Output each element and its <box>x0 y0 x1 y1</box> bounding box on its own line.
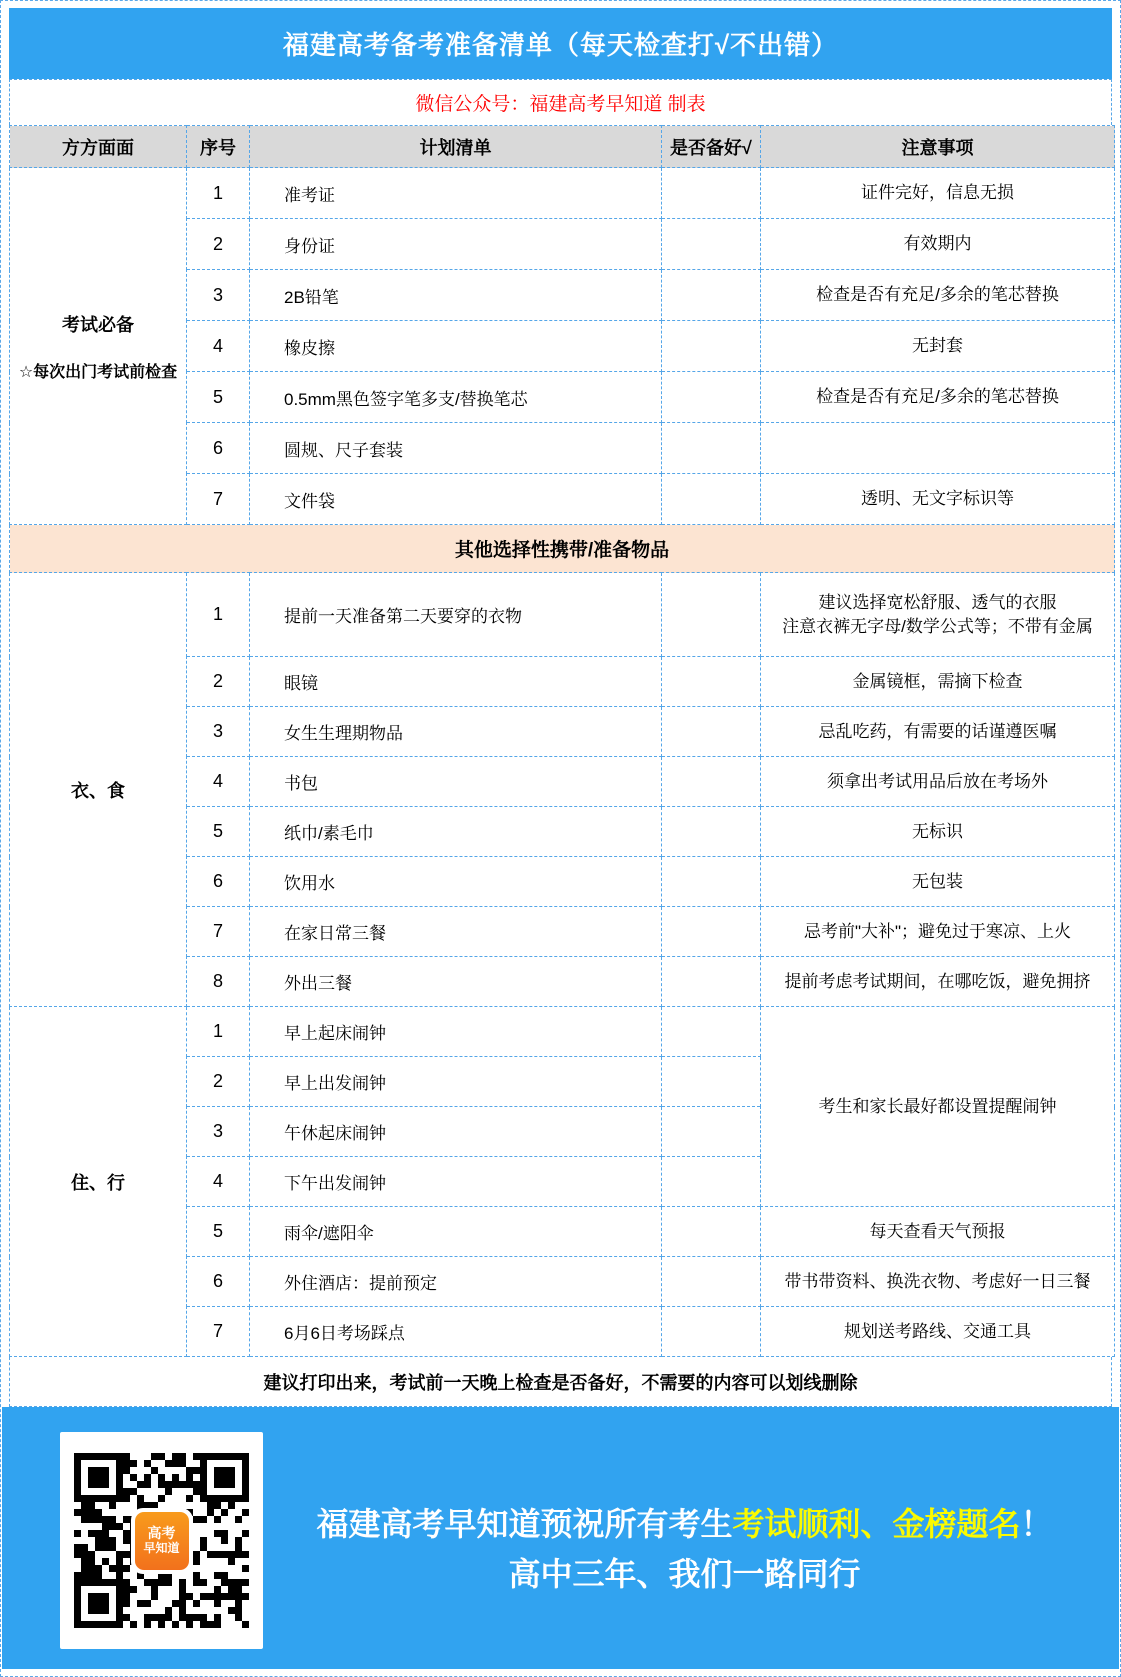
check-cell <box>662 372 761 423</box>
table-row: 衣、食1提前一天准备第二天要穿的衣物建议选择宽松舒服、透气的衣服注意衣裤无字母/… <box>10 573 1115 657</box>
check-cell <box>662 321 761 372</box>
item-cell: 女生生理期物品 <box>250 707 662 757</box>
row-number-cell: 3 <box>187 270 250 321</box>
row-number-cell: 4 <box>187 757 250 807</box>
divider-label: 其他选择性携带/准备物品 <box>10 525 1115 573</box>
check-cell <box>662 219 761 270</box>
row-number-cell: 1 <box>187 573 250 657</box>
check-cell <box>662 1307 761 1357</box>
note-cell <box>761 423 1115 474</box>
wish-highlight: 考试顺利、金榜题名 <box>732 1506 1020 1542</box>
wish-line-1: 福建高考早知道预祝所有考生考试顺利、金榜题名！ <box>274 1504 1095 1544</box>
note-cell: 带书带资料、换洗衣物、考虑好一日三餐 <box>761 1257 1115 1307</box>
row-number-cell: 5 <box>187 1207 250 1257</box>
note-cell: 检查是否有充足/多余的笔芯替换 <box>761 270 1115 321</box>
page-title: 福建高考备考准备清单（每天检查打√不出错） <box>283 25 838 62</box>
checklist-page: 福建高考备考准备清单（每天检查打√不出错） 微信公众号：福建高考早知道 制表 方… <box>0 0 1121 1677</box>
wechat-credit-text: 微信公众号：福建高考早知道 制表 <box>415 89 705 116</box>
col-header-plan: 计划清单 <box>250 126 662 168</box>
section-label-cell: 住、行 <box>10 1007 187 1357</box>
item-cell: 提前一天准备第二天要穿的衣物 <box>250 573 662 657</box>
note-cell: 须拿出考试用品后放在考场外 <box>761 757 1115 807</box>
item-cell: 纸巾/素毛巾 <box>250 807 662 857</box>
footer-banner: 高考 早知道 福建高考早知道预祝所有考生考试顺利、金榜题名！ 高中三年、我们一路… <box>2 1407 1119 1669</box>
col-header-ready: 是否备好√ <box>662 126 761 168</box>
row-number-cell: 2 <box>187 1057 250 1107</box>
note-cell: 证件完好，信息无损 <box>761 168 1115 219</box>
item-cell: 外出三餐 <box>250 957 662 1007</box>
row-number-cell: 6 <box>187 857 250 907</box>
row-number-cell: 2 <box>187 219 250 270</box>
item-cell: 眼镜 <box>250 657 662 707</box>
row-number-cell: 3 <box>187 1107 250 1157</box>
check-cell <box>662 423 761 474</box>
note-cell: 规划送考路线、交通工具 <box>761 1307 1115 1357</box>
note-cell: 忌乱吃药，有需要的话谨遵医嘱 <box>761 707 1115 757</box>
row-number-cell: 4 <box>187 321 250 372</box>
item-cell: 早上出发闹钟 <box>250 1057 662 1107</box>
item-cell: 书包 <box>250 757 662 807</box>
divider-row: 其他选择性携带/准备物品 <box>10 525 1115 573</box>
check-cell <box>662 657 761 707</box>
item-cell: 下午出发闹钟 <box>250 1157 662 1207</box>
section-label-cell: 考试必备☆每次出门考试前检查 <box>10 168 187 525</box>
note-cell: 每天查看天气预报 <box>761 1207 1115 1257</box>
item-cell: 0.5mm黑色签字笔多支/替换笔芯 <box>250 372 662 423</box>
item-cell: 在家日常三餐 <box>250 907 662 957</box>
section-label-line: 住、行 <box>11 1169 185 1195</box>
table-row: 考试必备☆每次出门考试前检查1准考证证件完好，信息无损 <box>10 168 1115 219</box>
row-number-cell: 1 <box>187 168 250 219</box>
item-cell: 早上起床闹钟 <box>250 1007 662 1057</box>
row-number-cell: 4 <box>187 1157 250 1207</box>
row-number-cell: 2 <box>187 657 250 707</box>
item-cell: 文件袋 <box>250 474 662 525</box>
row-number-cell: 8 <box>187 957 250 1007</box>
check-cell <box>662 1007 761 1057</box>
check-cell <box>662 270 761 321</box>
note-cell: 考生和家长最好都设置提醒闹钟 <box>761 1007 1115 1207</box>
row-number-cell: 7 <box>187 474 250 525</box>
section-label-cell: 衣、食 <box>10 573 187 1007</box>
item-cell: 雨伞/遮阳伞 <box>250 1207 662 1257</box>
check-cell <box>662 857 761 907</box>
wish-line-2: 高中三年、我们一路同行 <box>274 1554 1095 1594</box>
item-cell: 饮用水 <box>250 857 662 907</box>
section-label-line: ☆每次出门考试前检查 <box>11 359 185 382</box>
note-line: 注意衣裤无字母/数学公式等；不带有金属 <box>767 615 1108 639</box>
check-cell <box>662 1257 761 1307</box>
check-cell <box>662 1107 761 1157</box>
header-row: 方方面面 序号 计划清单 是否备好√ 注意事项 <box>10 126 1115 168</box>
note-cell: 透明、无文字标识等 <box>761 474 1115 525</box>
check-cell <box>662 1057 761 1107</box>
check-cell <box>662 1207 761 1257</box>
table-header: 方方面面 序号 计划清单 是否备好√ 注意事项 <box>10 126 1115 168</box>
item-cell: 身份证 <box>250 219 662 270</box>
title-bar: 福建高考备考准备清单（每天检查打√不出错） <box>9 8 1112 79</box>
check-cell <box>662 1157 761 1207</box>
item-cell: 外住酒店：提前预定 <box>250 1257 662 1307</box>
row-number-cell: 3 <box>187 707 250 757</box>
wish-text: 福建高考早知道预祝所有考生考试顺利、金榜题名！ 高中三年、我们一路同行 <box>274 1504 1095 1594</box>
note-cell: 金属镜框，需摘下检查 <box>761 657 1115 707</box>
note-cell: 无封套 <box>761 321 1115 372</box>
row-number-cell: 5 <box>187 807 250 857</box>
check-cell <box>662 168 761 219</box>
note-cell: 建议选择宽松舒服、透气的衣服注意衣裤无字母/数学公式等；不带有金属 <box>761 573 1115 657</box>
item-cell: 午休起床闹钟 <box>250 1107 662 1157</box>
item-cell: 橡皮擦 <box>250 321 662 372</box>
row-number-cell: 6 <box>187 423 250 474</box>
check-cell <box>662 757 761 807</box>
checklist-table: 方方面面 序号 计划清单 是否备好√ 注意事项 考试必备☆每次出门考试前检查1准… <box>9 125 1115 1357</box>
checklist-sheet: 福建高考备考准备清单（每天检查打√不出错） 微信公众号：福建高考早知道 制表 方… <box>9 8 1112 1407</box>
item-cell: 准考证 <box>250 168 662 219</box>
note-cell: 检查是否有充足/多余的笔芯替换 <box>761 372 1115 423</box>
qr-badge-label: 高考 早知道 <box>135 1512 189 1570</box>
subtitle-row: 微信公众号：福建高考早知道 制表 <box>9 79 1112 125</box>
qr-code: 高考 早知道 <box>60 1432 263 1649</box>
note-cell: 提前考虑考试期间，在哪吃饭，避免拥挤 <box>761 957 1115 1007</box>
section-label-line: 考试必备 <box>11 311 185 337</box>
note-line: 建议选择宽松舒服、透气的衣服 <box>767 591 1108 615</box>
note-cell: 无标识 <box>761 807 1115 857</box>
check-cell <box>662 573 761 657</box>
note-cell: 忌考前"大补"；避免过于寒凉、上火 <box>761 907 1115 957</box>
check-cell <box>662 807 761 857</box>
row-number-cell: 6 <box>187 1257 250 1307</box>
item-cell: 圆规、尺子套装 <box>250 423 662 474</box>
qr-center-badge: 高考 早知道 <box>131 1508 193 1574</box>
col-header-notes: 注意事项 <box>761 126 1115 168</box>
row-number-cell: 1 <box>187 1007 250 1057</box>
item-cell: 6月6日考场踩点 <box>250 1307 662 1357</box>
item-cell: 2B铅笔 <box>250 270 662 321</box>
table-row: 住、行1早上起床闹钟考生和家长最好都设置提醒闹钟 <box>10 1007 1115 1057</box>
check-cell <box>662 957 761 1007</box>
row-number-cell: 7 <box>187 1307 250 1357</box>
section-label-line: 衣、食 <box>11 777 185 803</box>
check-cell <box>662 474 761 525</box>
col-header-category: 方方面面 <box>10 126 187 168</box>
row-number-cell: 5 <box>187 372 250 423</box>
print-advice-note: 建议打印出来，考试前一天晚上检查是否备好，不需要的内容可以划线删除 <box>9 1357 1112 1407</box>
note-cell: 有效期内 <box>761 219 1115 270</box>
note-cell: 无包装 <box>761 857 1115 907</box>
col-header-index: 序号 <box>187 126 250 168</box>
row-number-cell: 7 <box>187 907 250 957</box>
check-cell <box>662 707 761 757</box>
check-cell <box>662 907 761 957</box>
